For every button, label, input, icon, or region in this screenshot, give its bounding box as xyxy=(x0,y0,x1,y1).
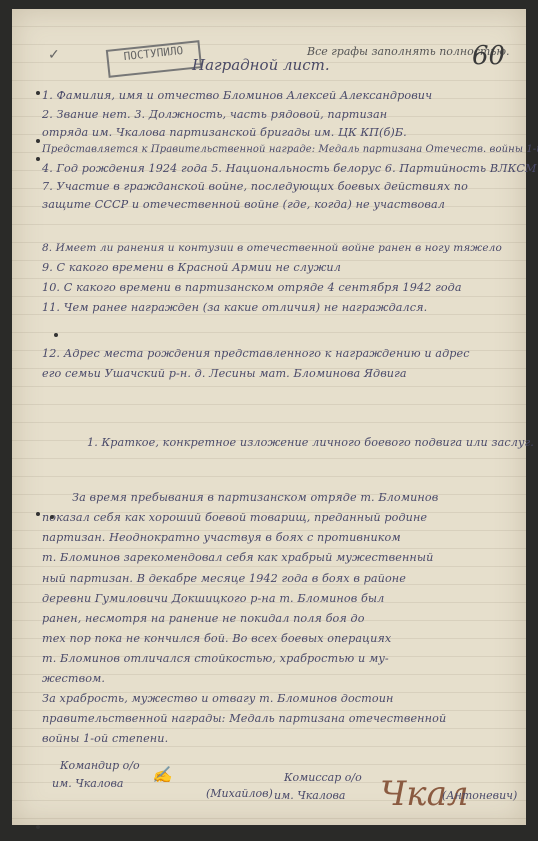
commander-label: Командир о/о xyxy=(60,759,140,772)
commander-unit: им. Чкалова xyxy=(52,777,123,790)
field-line: защите СССР и отечественной войне (где, … xyxy=(42,198,445,211)
narrative-line: войны 1-ой степени. xyxy=(42,732,168,745)
award-document-page: ✓ ПОСТУПИЛО Все графы заполнять полность… xyxy=(12,9,526,825)
narrative-line: жеством. xyxy=(42,672,105,685)
punch-hole xyxy=(54,333,58,337)
narrative-line: деревни Гумиловичи Докшицкого р-на т. Бл… xyxy=(42,592,384,605)
commander-name: (Михайлов) xyxy=(206,787,273,800)
check-mark: ✓ xyxy=(48,47,60,63)
punch-hole xyxy=(36,139,40,143)
page-number: 60 xyxy=(472,41,505,71)
narrative-line: тех пор пока не кончился бой. Во всех бо… xyxy=(42,632,391,645)
narrative-line: показал себя как хороший боевой товарищ,… xyxy=(42,511,427,524)
commissar-unit: им. Чкалова xyxy=(274,789,345,802)
commissar-label: Комиссар о/о xyxy=(284,771,362,784)
field-line: 7. Участие в гражданской войне, последую… xyxy=(42,180,468,193)
field-line: Представляется к Правительственной награ… xyxy=(42,144,538,155)
punch-hole xyxy=(36,825,40,829)
narrative-line: За время пребывания в партизанском отряд… xyxy=(72,491,438,504)
narrative-line: ный партизан. В декабре месяце 1942 года… xyxy=(42,572,406,585)
narrative-line: ранен, несмотря на ранение не покидал по… xyxy=(42,612,365,625)
section-heading: 1. Краткое, конкретное изложение личного… xyxy=(87,436,534,449)
field-line: 9. С какого времени в Красной Армии не с… xyxy=(42,261,341,274)
narrative-line: т. Бломинов отличался стойкостью, храбро… xyxy=(42,652,389,665)
received-stamp: ПОСТУПИЛО xyxy=(106,40,202,78)
field-line: отряда им. Чкалова партизанской бригады … xyxy=(42,126,407,139)
punch-hole xyxy=(36,91,40,95)
field-line: 10. С какого времени в партизанском отря… xyxy=(42,281,462,294)
commissar-name: (Антоневич) xyxy=(442,789,517,802)
narrative-line: За храбрость, мужество и отвагу т. Бломи… xyxy=(42,692,393,705)
punch-hole xyxy=(36,157,40,161)
commander-signature: ✍ xyxy=(152,765,172,784)
punch-hole xyxy=(36,512,40,516)
narrative-line: правительственной награды: Медаль партиз… xyxy=(42,712,446,725)
punch-hole xyxy=(50,515,54,519)
document-title: Наградной лист. xyxy=(192,56,330,74)
field-line: его семьи Ушачский р-н. д. Лесины мат. Б… xyxy=(42,367,407,380)
narrative-line: партизан. Неоднократно участвуя в боях с… xyxy=(42,531,401,544)
field-line: 1. Фамилия, имя и отчество Бломинов Алек… xyxy=(42,89,432,102)
field-line: 11. Чем ранее награжден (за какие отличи… xyxy=(42,301,427,314)
field-line: 4. Год рождения 1924 года 5. Национально… xyxy=(42,162,537,175)
field-line: 12. Адрес места рождения представленного… xyxy=(42,347,470,360)
field-line: 2. Звание нет. 3. Должность, часть рядов… xyxy=(42,108,387,121)
field-line: 8. Имеет ли ранения и контузии в отечест… xyxy=(42,242,502,254)
narrative-line: т. Бломинов зарекомендовал себя как храб… xyxy=(42,551,433,564)
